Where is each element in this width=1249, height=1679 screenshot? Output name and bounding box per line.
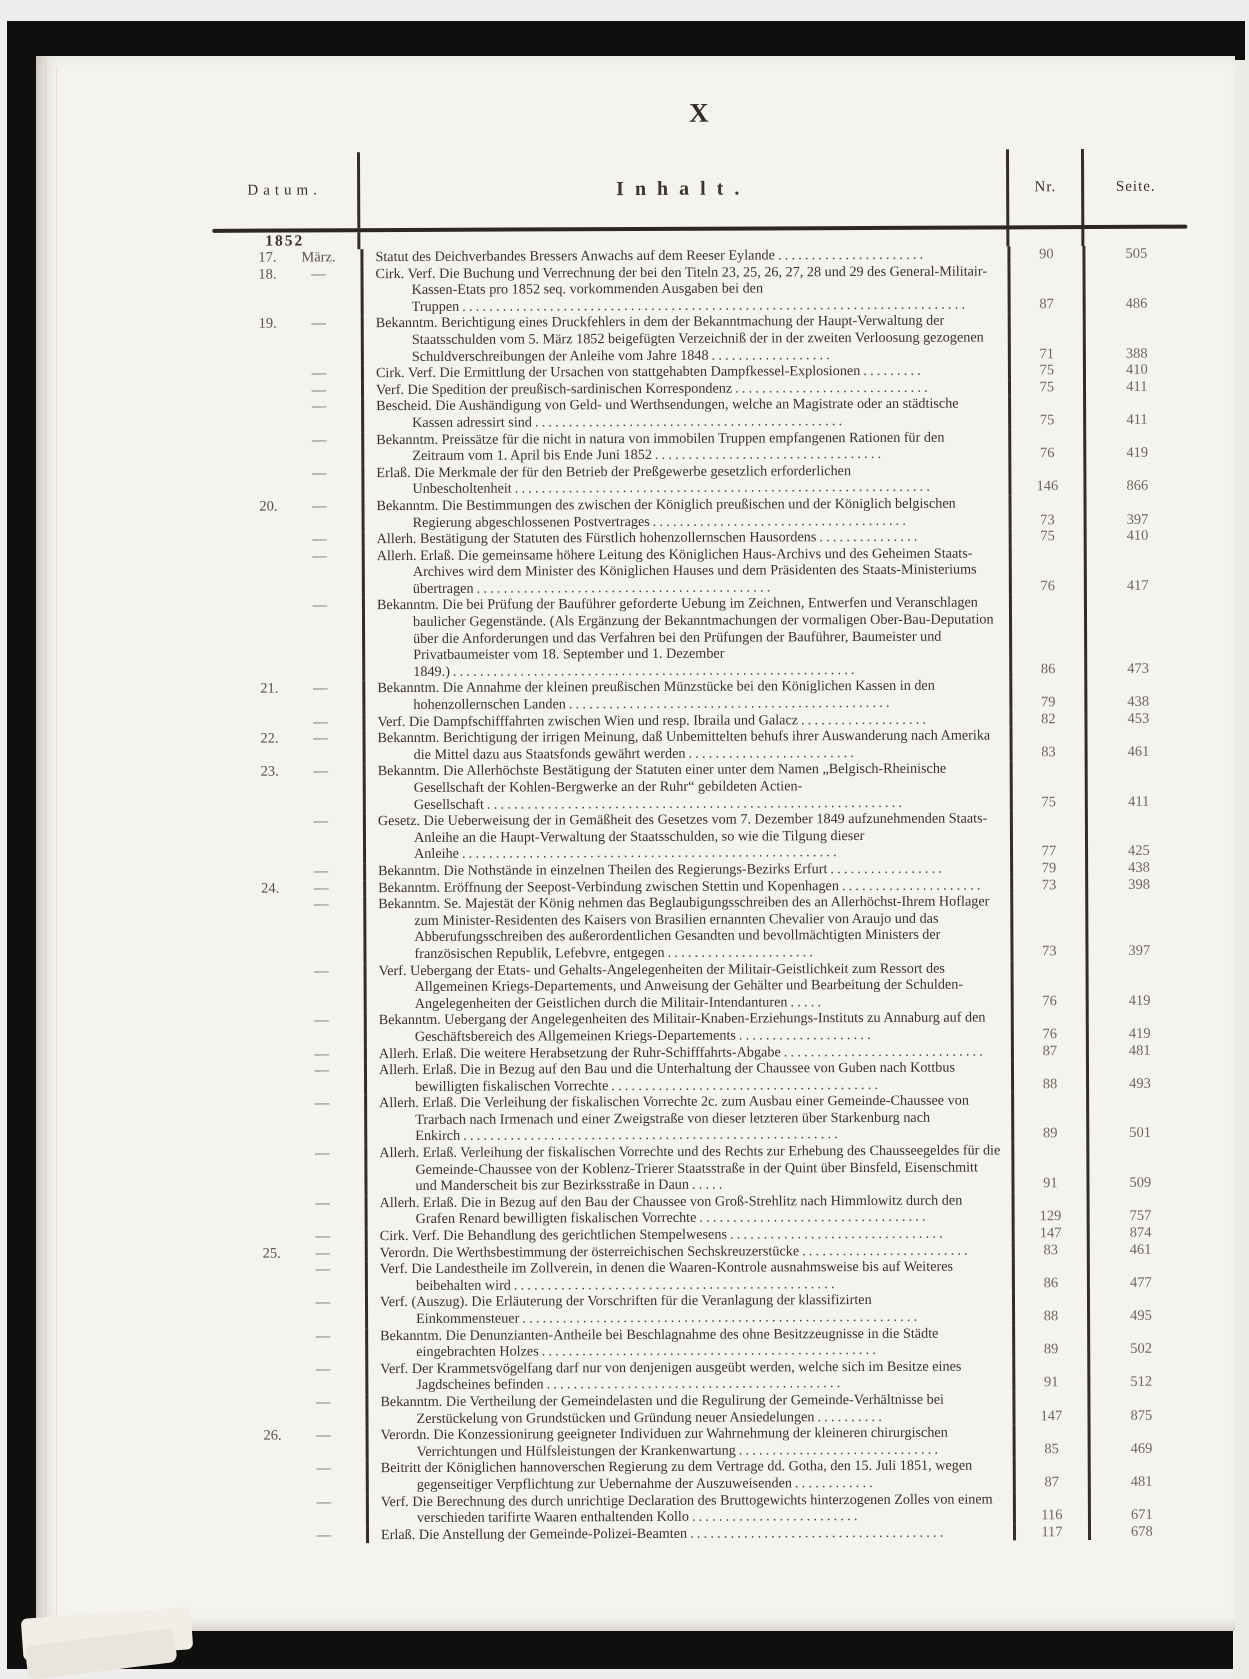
- leader-dots: ........................................…: [514, 1276, 838, 1293]
- entry-date-cell: —: [215, 813, 363, 863]
- entry-text: Verf. Uebergang der Etats- und Gehalts-A…: [379, 960, 964, 1012]
- entry-day: [216, 1046, 280, 1063]
- entry-seite-cell: 509: [1086, 1142, 1191, 1192]
- entry-seite-value: 411: [1126, 412, 1147, 429]
- entry-seite-cell: 757: [1086, 1191, 1191, 1225]
- entry-text: Cirk. Verf. Die Ermittlung der Ursachen …: [376, 363, 860, 381]
- entry-month: —: [277, 382, 361, 399]
- entry-day: 18.: [212, 266, 276, 316]
- entry-paragraph: Bekanntm. Berichtigung der irrigen Meinu…: [378, 728, 1000, 764]
- entry-paragraph: Bekanntm. Die Bestimmungen des zwischen …: [376, 495, 998, 531]
- entry-seite-cell: 461: [1084, 727, 1189, 761]
- entry-seite-cell: 419: [1085, 1009, 1190, 1043]
- entry-date-cell: —: [215, 863, 363, 880]
- entry-day: [214, 598, 278, 681]
- entry-content-cell: Gesetz. Die Ueberweisung der in Gemäßhei…: [363, 811, 1013, 864]
- entry-day: [215, 897, 279, 964]
- entry-seite-cell: 397: [1085, 893, 1191, 960]
- entry-day: [214, 532, 278, 549]
- entry-month: —: [280, 963, 364, 1013]
- entry-nr-cell: 87: [1014, 1043, 1086, 1060]
- entry-month: —: [278, 531, 362, 548]
- entry-seite-value: 438: [1128, 860, 1150, 877]
- entry-nr-value: 76: [1042, 993, 1057, 1010]
- entry-content-cell: Cirk. Verf. Die Buchung und Verrechnung …: [360, 263, 1010, 316]
- entry-month: —: [278, 681, 362, 715]
- entry-month: —: [279, 764, 363, 814]
- year-cell: 1852: [212, 232, 357, 250]
- entry-seite-value: 410: [1127, 528, 1149, 545]
- entry-paragraph: Verf. Uebergang der Etats- und Gehalts-A…: [379, 960, 1001, 1012]
- entry-nr-value: 86: [1044, 1275, 1059, 1292]
- entry-date-cell: —: [216, 963, 364, 1013]
- entry-content-cell: Allerh. Erlaß. Die in Bezug auf den Bau …: [364, 1059, 1014, 1095]
- toc-entry-row: — Bekanntm. Die bei Prüfung der Bauführe…: [214, 594, 1189, 681]
- entry-text: Allerh. Erlaß. Die weitere Herabsetzung …: [379, 1044, 781, 1062]
- entry-content-cell: Erlaß. Die Anstellung der Gemeinde-Poliz…: [366, 1524, 1016, 1543]
- entry-paragraph: Allerh. Erlaß. Die Verleihung der fiskal…: [379, 1093, 1001, 1145]
- entry-date-cell: 24. —: [215, 880, 363, 897]
- entry-seite-value: 481: [1131, 1474, 1153, 1491]
- entry-nr-cell: 87: [1011, 263, 1083, 313]
- entry-nr-value: 75: [1041, 794, 1056, 811]
- entry-seite-cell: 495: [1087, 1291, 1192, 1325]
- entry-day: [216, 1063, 280, 1096]
- entry-nr-value: 76: [1041, 578, 1056, 595]
- entry-date-cell: —: [217, 1295, 365, 1329]
- entry-month: —: [281, 1328, 365, 1362]
- entry-date-cell: 19. —: [213, 316, 361, 366]
- entry-seite-cell: 388: [1082, 312, 1187, 362]
- entry-day: [213, 432, 277, 465]
- entry-content-cell: Bekanntm. Berichtigung eines Druckfehler…: [361, 313, 1011, 366]
- entry-nr-value: 75: [1040, 362, 1055, 379]
- entry-seite-cell: 481: [1087, 1457, 1192, 1491]
- entry-nr-cell: 116: [1016, 1491, 1088, 1525]
- entry-nr-value: 75: [1040, 412, 1055, 429]
- toc-entry-row: — Verf. Die Landestheile im Zollverein, …: [217, 1258, 1192, 1295]
- entry-text: Cirk. Verf. Die Behandlung des gerichtli…: [380, 1227, 727, 1245]
- entry-month: —: [281, 1394, 365, 1428]
- leader-dots: ......................................: [690, 1524, 946, 1541]
- entry-month: —: [282, 1527, 366, 1544]
- entry-text: Verf. Die Dampfschifffahrten zwischen Wi…: [377, 712, 798, 730]
- entry-day: [217, 1229, 281, 1246]
- leader-dots: ...................: [801, 711, 929, 728]
- entry-content-cell: Bekanntm. Die bei Prüfung der Bauführer …: [362, 595, 1012, 681]
- entry-seite-value: 410: [1126, 362, 1148, 379]
- col-header-seite: Seite.: [1081, 149, 1187, 225]
- entry-seite-cell: 411: [1084, 760, 1189, 810]
- entry-seite-cell: 438: [1084, 677, 1189, 711]
- entry-day: [213, 366, 277, 383]
- entry-text: Verordn. Die Werthsbestimmung der österr…: [380, 1243, 799, 1261]
- entry-nr-value: 146: [1036, 478, 1058, 495]
- entry-seite-value: 417: [1127, 578, 1149, 595]
- toc-entry-row: — Allerh. Erlaß. Die Verleihung der fisk…: [216, 1092, 1191, 1146]
- toc-entry-row: 22. — Bekanntm. Berichtigung der irrigen…: [215, 727, 1190, 764]
- entry-content-cell: Bekanntm. Die Vertheilung der Gemeindela…: [365, 1391, 1015, 1427]
- leader-dots: ........................................…: [542, 1342, 879, 1359]
- entry-content-cell: Erlaß. Die Merkmale der für den Betrieb …: [361, 462, 1011, 498]
- entry-day: 25.: [217, 1245, 281, 1262]
- entry-seite-value: 461: [1128, 744, 1150, 761]
- leader-dots: ........................................…: [487, 794, 905, 812]
- leader-dots: ......................................: [653, 512, 909, 529]
- toc-entry-row: — Erlaß. Die Merkmale der für den Betrie…: [213, 461, 1188, 498]
- entry-nr-cell: 75: [1011, 395, 1083, 428]
- leader-dots: ..................: [712, 347, 834, 364]
- entry-text: Bekanntm. Berichtigung eines Druckfehler…: [376, 313, 984, 365]
- toc-entry-row: — Verf. Uebergang der Etats- und Gehalts…: [216, 959, 1191, 1013]
- entry-month: —: [277, 432, 361, 466]
- entry-day: 17.: [212, 250, 276, 267]
- leader-dots: ............: [795, 1475, 876, 1491]
- entry-date-cell: —: [214, 598, 362, 682]
- entry-seite-value: 419: [1129, 992, 1151, 1009]
- toc-entry-row: — Gesetz. Die Ueberweisung der in Gemäßh…: [215, 810, 1190, 864]
- entry-nr-value: 79: [1041, 694, 1056, 711]
- toc-entry-row: — Verf. Der Krammetsvögelfang darf nur v…: [217, 1357, 1192, 1394]
- entry-seite-cell: 477: [1087, 1258, 1192, 1292]
- entry-month: —: [281, 1245, 365, 1262]
- entry-paragraph: Erlaß. Die Merkmale der für den Betrieb …: [376, 462, 998, 498]
- toc-entry-row: — Allerh. Erlaß. Die in Bezug auf den Ba…: [217, 1191, 1192, 1228]
- scanned-document-page: { "scan": { "page_number": "X", "table":…: [0, 0, 1249, 1679]
- entry-date-cell: —: [216, 1095, 364, 1145]
- entry-paragraph: Allerh. Erlaß. Die in Bezug auf den Bau …: [379, 1060, 1001, 1096]
- entry-nr-cell: 129: [1015, 1192, 1087, 1225]
- entry-paragraph: Verordn. Die Konzessionirung geeigneter …: [381, 1425, 1003, 1461]
- entry-nr-cell: 73: [1012, 495, 1084, 528]
- entry-nr-cell: 88: [1014, 1059, 1086, 1092]
- entry-nr-cell: 75: [1013, 760, 1085, 810]
- entry-date-cell: —: [215, 896, 363, 963]
- entry-month: März.: [276, 249, 360, 266]
- entry-day: [217, 1361, 281, 1394]
- entry-seite-value: 486: [1126, 296, 1148, 313]
- entry-paragraph: Verf. (Auszug). Die Erläuterung der Vors…: [380, 1292, 1002, 1328]
- entry-month: —: [277, 465, 361, 499]
- entry-seite-value: 757: [1130, 1208, 1152, 1225]
- entry-day: [217, 1395, 281, 1428]
- entry-date-cell: 23. —: [215, 764, 363, 814]
- entry-seite-value: 419: [1129, 1026, 1151, 1043]
- entry-month: —: [281, 1195, 365, 1229]
- leader-dots: ..............................: [739, 1441, 941, 1458]
- entry-day: [216, 1096, 280, 1146]
- entry-seite-cell: 473: [1084, 594, 1190, 677]
- entry-paragraph: Erlaß. Die Anstellung der Gemeinde-Poliz…: [381, 1524, 1003, 1543]
- entry-day: [216, 1146, 280, 1196]
- entry-day: 21.: [214, 681, 278, 714]
- entry-content-cell: Bekanntm. Die Annahme der kleinen preußi…: [362, 678, 1012, 714]
- entry-day: [218, 1461, 282, 1494]
- entry-nr-cell: 147: [1015, 1391, 1087, 1424]
- entry-paragraph: Bescheid. Die Aushändigung von Geld- und…: [376, 396, 998, 432]
- entry-month: —: [280, 1046, 364, 1063]
- entry-seite-value: 397: [1128, 943, 1150, 960]
- entry-nr-value: 86: [1041, 661, 1056, 678]
- entry-seite-cell: 481: [1086, 1042, 1191, 1059]
- leader-dots: .....: [692, 1177, 726, 1193]
- entry-nr-cell: 76: [1014, 960, 1086, 1010]
- entry-date-cell: —: [213, 432, 361, 466]
- entry-content-cell: Bescheid. Die Aushändigung von Geld- und…: [361, 396, 1011, 432]
- entry-text: Statut des Deichverbandes Bressers Anwac…: [375, 247, 775, 265]
- leader-dots: ..................................: [699, 1209, 928, 1226]
- page-content: X Datum. Inhalt. Nr. Seite. 1852: [33, 53, 1239, 1633]
- entry-month: —: [277, 365, 361, 382]
- entry-nr-value: 88: [1044, 1308, 1059, 1325]
- leader-dots: .....................: [842, 877, 984, 894]
- entry-nr-value: 79: [1042, 860, 1057, 877]
- entry-nr-cell: 117: [1016, 1524, 1088, 1541]
- entry-nr-cell: 71: [1011, 312, 1083, 362]
- toc-entry-row: — Allerh. Erlaß. Die gemeinsame höhere L…: [214, 544, 1189, 598]
- entry-seite-cell: 866: [1083, 461, 1188, 495]
- entry-text: Bekanntm. Die Nothstände in einzelnen Th…: [378, 861, 827, 879]
- entry-month: —: [282, 1494, 366, 1528]
- entry-date-cell: —: [213, 399, 361, 433]
- entry-seite-value: 419: [1126, 445, 1148, 462]
- col-header-inhalt: Inhalt.: [357, 149, 1010, 228]
- toc-entry-row: — Allerh. Erlaß. Verleihung der fiskalis…: [216, 1142, 1191, 1196]
- entry-date-cell: 26. —: [218, 1427, 366, 1461]
- entry-month: —: [277, 399, 361, 433]
- entry-content-cell: Beitritt der Königlichen hannoverschen R…: [366, 1458, 1016, 1494]
- entry-nr-value: 73: [1042, 877, 1057, 894]
- entry-nr-value: 91: [1044, 1375, 1059, 1392]
- entry-month: —: [277, 498, 361, 532]
- entry-seite-value: 875: [1130, 1407, 1152, 1424]
- entry-nr-cell: 73: [1013, 877, 1085, 894]
- entry-content-cell: Bekanntm. Preissätze für die nicht in na…: [361, 429, 1011, 465]
- entry-paragraph: Bekanntm. Uebergang der Angelegenheiten …: [379, 1010, 1001, 1046]
- entry-seite-value: 501: [1129, 1125, 1151, 1142]
- entry-text: Allerh. Bestätigung der Statuten des Für…: [377, 529, 817, 547]
- entry-seite-cell: 453: [1084, 710, 1189, 727]
- entry-seite-cell: 502: [1087, 1324, 1192, 1358]
- entry-paragraph: Allerh. Erlaß. Die gemeinsame höhere Lei…: [377, 545, 999, 597]
- entry-seite-value: 481: [1129, 1042, 1151, 1059]
- entry-seite-cell: 417: [1083, 544, 1188, 594]
- entry-text: Erlaß. Die Anstellung der Gemeinde-Poliz…: [381, 1526, 687, 1543]
- entry-nr-value: 85: [1044, 1441, 1059, 1458]
- entry-text: Verf. Die Berechnung des durch unrichtig…: [381, 1491, 993, 1526]
- entry-nr-cell: 77: [1013, 810, 1085, 860]
- leader-dots: ....................: [739, 1027, 874, 1044]
- page-number: X: [212, 96, 1187, 131]
- leader-dots: .........: [863, 363, 924, 379]
- toc-header-row: Datum. Inhalt. Nr. Seite.: [212, 149, 1187, 229]
- leader-dots: .........................: [802, 1242, 971, 1259]
- entry-nr-value: 75: [1040, 528, 1055, 545]
- entry-content-cell: Verf. Der Krammetsvögelfang darf nur von…: [365, 1358, 1015, 1394]
- year-label: 1852: [265, 232, 304, 249]
- entry-paragraph: Bekanntm. Berichtigung eines Druckfehler…: [376, 313, 998, 365]
- entry-paragraph: Bekanntm. Die Vertheilung der Gemeindela…: [380, 1391, 1002, 1427]
- entry-nr-value: 83: [1043, 1242, 1058, 1259]
- entry-nr-cell: 89: [1014, 1092, 1086, 1142]
- entry-paragraph: Beitritt der Königlichen hannoverschen R…: [381, 1458, 1003, 1494]
- toc-entry-row: — Bekanntm. Se. Majestät der König nehme…: [215, 893, 1190, 964]
- entry-seite-cell: 671: [1088, 1490, 1193, 1524]
- entry-seite-value: 866: [1126, 478, 1148, 495]
- entry-paragraph: Bekanntm. Die Allerhöchste Bestätigung d…: [378, 761, 1000, 813]
- entry-day: 24.: [215, 880, 279, 897]
- entry-content-cell: Allerh. Erlaß. Die in Bezug auf den Bau …: [365, 1192, 1015, 1228]
- entry-day: [217, 1328, 281, 1361]
- entry-date-cell: —: [214, 714, 362, 731]
- leader-dots: .............................: [735, 379, 931, 396]
- entry-seite-value: 398: [1128, 876, 1150, 893]
- entry-text: Allerh. Erlaß. Verleihung der fiskalisch…: [379, 1142, 1000, 1194]
- entry-date-cell: —: [214, 531, 362, 548]
- entry-content-cell: Bekanntm. Se. Majestät der König nehmen …: [363, 894, 1013, 963]
- entry-day: 23.: [215, 764, 279, 814]
- entry-nr-cell: 75: [1012, 528, 1084, 545]
- entry-seite-value: 461: [1130, 1241, 1152, 1258]
- entry-nr-cell: 82: [1013, 711, 1085, 728]
- entry-date-cell: —: [216, 1145, 364, 1195]
- entry-date-cell: 18. —: [212, 266, 360, 316]
- entry-month: —: [281, 1361, 365, 1395]
- entry-text: Verf. Die Spedition der preußisch-sardin…: [376, 380, 732, 398]
- entry-nr-value: 71: [1039, 346, 1054, 363]
- toc-entry-row: — Verf. (Auszug). Die Erläuterung der Vo…: [217, 1291, 1192, 1328]
- entry-month: —: [279, 730, 363, 764]
- entry-month: —: [282, 1461, 366, 1495]
- toc-entry-row: — Bekanntm. Die Vertheilung der Gemeinde…: [217, 1391, 1192, 1428]
- entry-paragraph: Allerh. Erlaß. Verleihung der fiskalisch…: [379, 1142, 1001, 1194]
- toc-body: 1852 17. März. Statut des Deichverbandes…: [212, 229, 1193, 1545]
- leader-dots: ..................................: [655, 446, 884, 463]
- entry-seite-value: 453: [1127, 710, 1149, 727]
- entry-seite-cell: 397: [1083, 494, 1188, 528]
- entry-month: —: [280, 1012, 364, 1046]
- entry-paragraph: Verf. Der Krammetsvögelfang darf nur von…: [380, 1358, 1002, 1394]
- entry-date-cell: —: [214, 548, 362, 598]
- entry-content-cell: Verf. Die Berechnung des durch unrichtig…: [366, 1491, 1016, 1527]
- entry-seite-value: 411: [1126, 379, 1147, 396]
- entry-nr-value: 73: [1040, 512, 1055, 529]
- entry-seite-value: 509: [1129, 1175, 1151, 1192]
- entry-nr-cell: 87: [1016, 1457, 1088, 1490]
- entry-seite-value: 502: [1130, 1341, 1152, 1358]
- entry-nr-cell: 90: [1010, 246, 1082, 263]
- entry-day: [213, 465, 277, 498]
- entry-seite-value: 411: [1128, 793, 1149, 810]
- entry-seite-cell: 461: [1086, 1241, 1191, 1258]
- entry-seite-value: 397: [1127, 511, 1149, 528]
- entry-seite-cell: 678: [1088, 1523, 1193, 1540]
- entry-seite-value: 469: [1131, 1441, 1153, 1458]
- entry-nr-value: 88: [1043, 1076, 1058, 1093]
- entry-seite-cell: 469: [1087, 1424, 1192, 1458]
- entry-nr-cell: 73: [1013, 893, 1085, 960]
- leader-dots: ........................................…: [515, 479, 933, 497]
- entry-seite-cell: 398: [1085, 876, 1190, 893]
- entry-day: [215, 864, 279, 881]
- entry-month: —: [278, 714, 362, 731]
- entry-date-cell: —: [216, 1046, 364, 1063]
- entry-paragraph: Bekanntm. Die Annahme der kleinen preußi…: [377, 678, 999, 714]
- entry-seite-cell: [1082, 229, 1188, 246]
- entry-month: —: [280, 1062, 364, 1096]
- toc-entry-row: — Erlaß. Die Anstellung der Gemeinde-Pol…: [218, 1523, 1193, 1544]
- col-header-datum: Datum.: [212, 152, 357, 229]
- entry-nr-value: 87: [1039, 296, 1054, 313]
- entry-seite-cell: 874: [1086, 1225, 1191, 1242]
- entry-content-cell: Bekanntm. Berichtigung der irrigen Meinu…: [363, 728, 1013, 764]
- entry-nr-value: 90: [1039, 246, 1054, 263]
- toc-entry-row: — Allerh. Erlaß. Die in Bezug auf den Ba…: [216, 1059, 1191, 1096]
- entry-nr-value: 83: [1041, 744, 1056, 761]
- leader-dots: ................................: [730, 1226, 946, 1243]
- entry-date-cell: —: [217, 1261, 365, 1295]
- entry-nr-cell: 91: [1015, 1358, 1087, 1391]
- entry-month: —: [280, 1145, 364, 1195]
- leader-dots: .....: [790, 994, 824, 1010]
- entry-nr-value: 76: [1040, 445, 1055, 462]
- entry-seite-value: 425: [1128, 843, 1150, 860]
- toc-entry-row: — Bescheid. Die Aushändigung von Geld- u…: [213, 395, 1188, 432]
- entry-nr-cell: 76: [1012, 545, 1084, 595]
- entry-day: [217, 1262, 281, 1295]
- entry-nr-cell: 146: [1011, 462, 1083, 495]
- entry-day: [216, 963, 280, 1013]
- entry-month: —: [279, 813, 363, 863]
- entry-date-cell: —: [218, 1494, 366, 1528]
- entry-day: [218, 1527, 282, 1544]
- entry-nr-cell: 79: [1012, 677, 1084, 710]
- entry-paragraph: Gesetz. Die Ueberweisung der in Gemäßhei…: [378, 811, 1000, 863]
- toc-entry-row: — Bekanntm. Uebergang der Angelegenheite…: [216, 1009, 1191, 1046]
- entry-nr-cell: 75: [1011, 379, 1083, 396]
- entry-seite-cell: 505: [1082, 246, 1187, 263]
- entry-date-cell: —: [217, 1328, 365, 1362]
- leader-dots: .........................: [688, 745, 857, 762]
- entry-nr-cell: [1010, 229, 1082, 246]
- entry-date-cell: —: [218, 1527, 366, 1544]
- entry-nr-value: 117: [1041, 1524, 1062, 1541]
- entry-paragraph: Bekanntm. Die Denunzianten-Antheile bei …: [380, 1325, 1002, 1361]
- entry-date-cell: —: [213, 465, 361, 499]
- entry-month: —: [278, 598, 362, 681]
- leader-dots: ........................................…: [522, 1309, 920, 1327]
- entry-nr-value: 73: [1042, 943, 1057, 960]
- entry-month: —: [277, 316, 361, 366]
- toc-entry-row: 21. — Bekanntm. Die Annahme der kleinen …: [214, 677, 1189, 714]
- entry-date-cell: —: [213, 365, 361, 382]
- entry-date-cell: —: [213, 382, 361, 399]
- leader-dots: ......................: [668, 944, 817, 961]
- entry-seite-cell: 410: [1083, 528, 1188, 545]
- entry-seite-value: 495: [1130, 1308, 1152, 1325]
- entry-nr-value: 89: [1044, 1341, 1059, 1358]
- entry-content-cell: Allerh. Erlaß. Die gemeinsame höhere Lei…: [362, 545, 1012, 598]
- entry-paragraph: Bekanntm. Se. Majestät der König nehmen …: [378, 894, 1000, 963]
- toc-entry-row: 18. — Cirk. Verf. Die Buchung und Verrec…: [212, 262, 1187, 316]
- entry-month: —: [280, 1095, 364, 1145]
- entry-nr-value: 91: [1043, 1175, 1058, 1192]
- entry-date-cell: 21. —: [214, 681, 362, 715]
- entry-seite-value: 678: [1131, 1523, 1153, 1540]
- entry-nr-cell: 85: [1016, 1424, 1088, 1458]
- entry-date-cell: 17. März.: [212, 249, 360, 266]
- entry-seite-value: 505: [1125, 246, 1147, 263]
